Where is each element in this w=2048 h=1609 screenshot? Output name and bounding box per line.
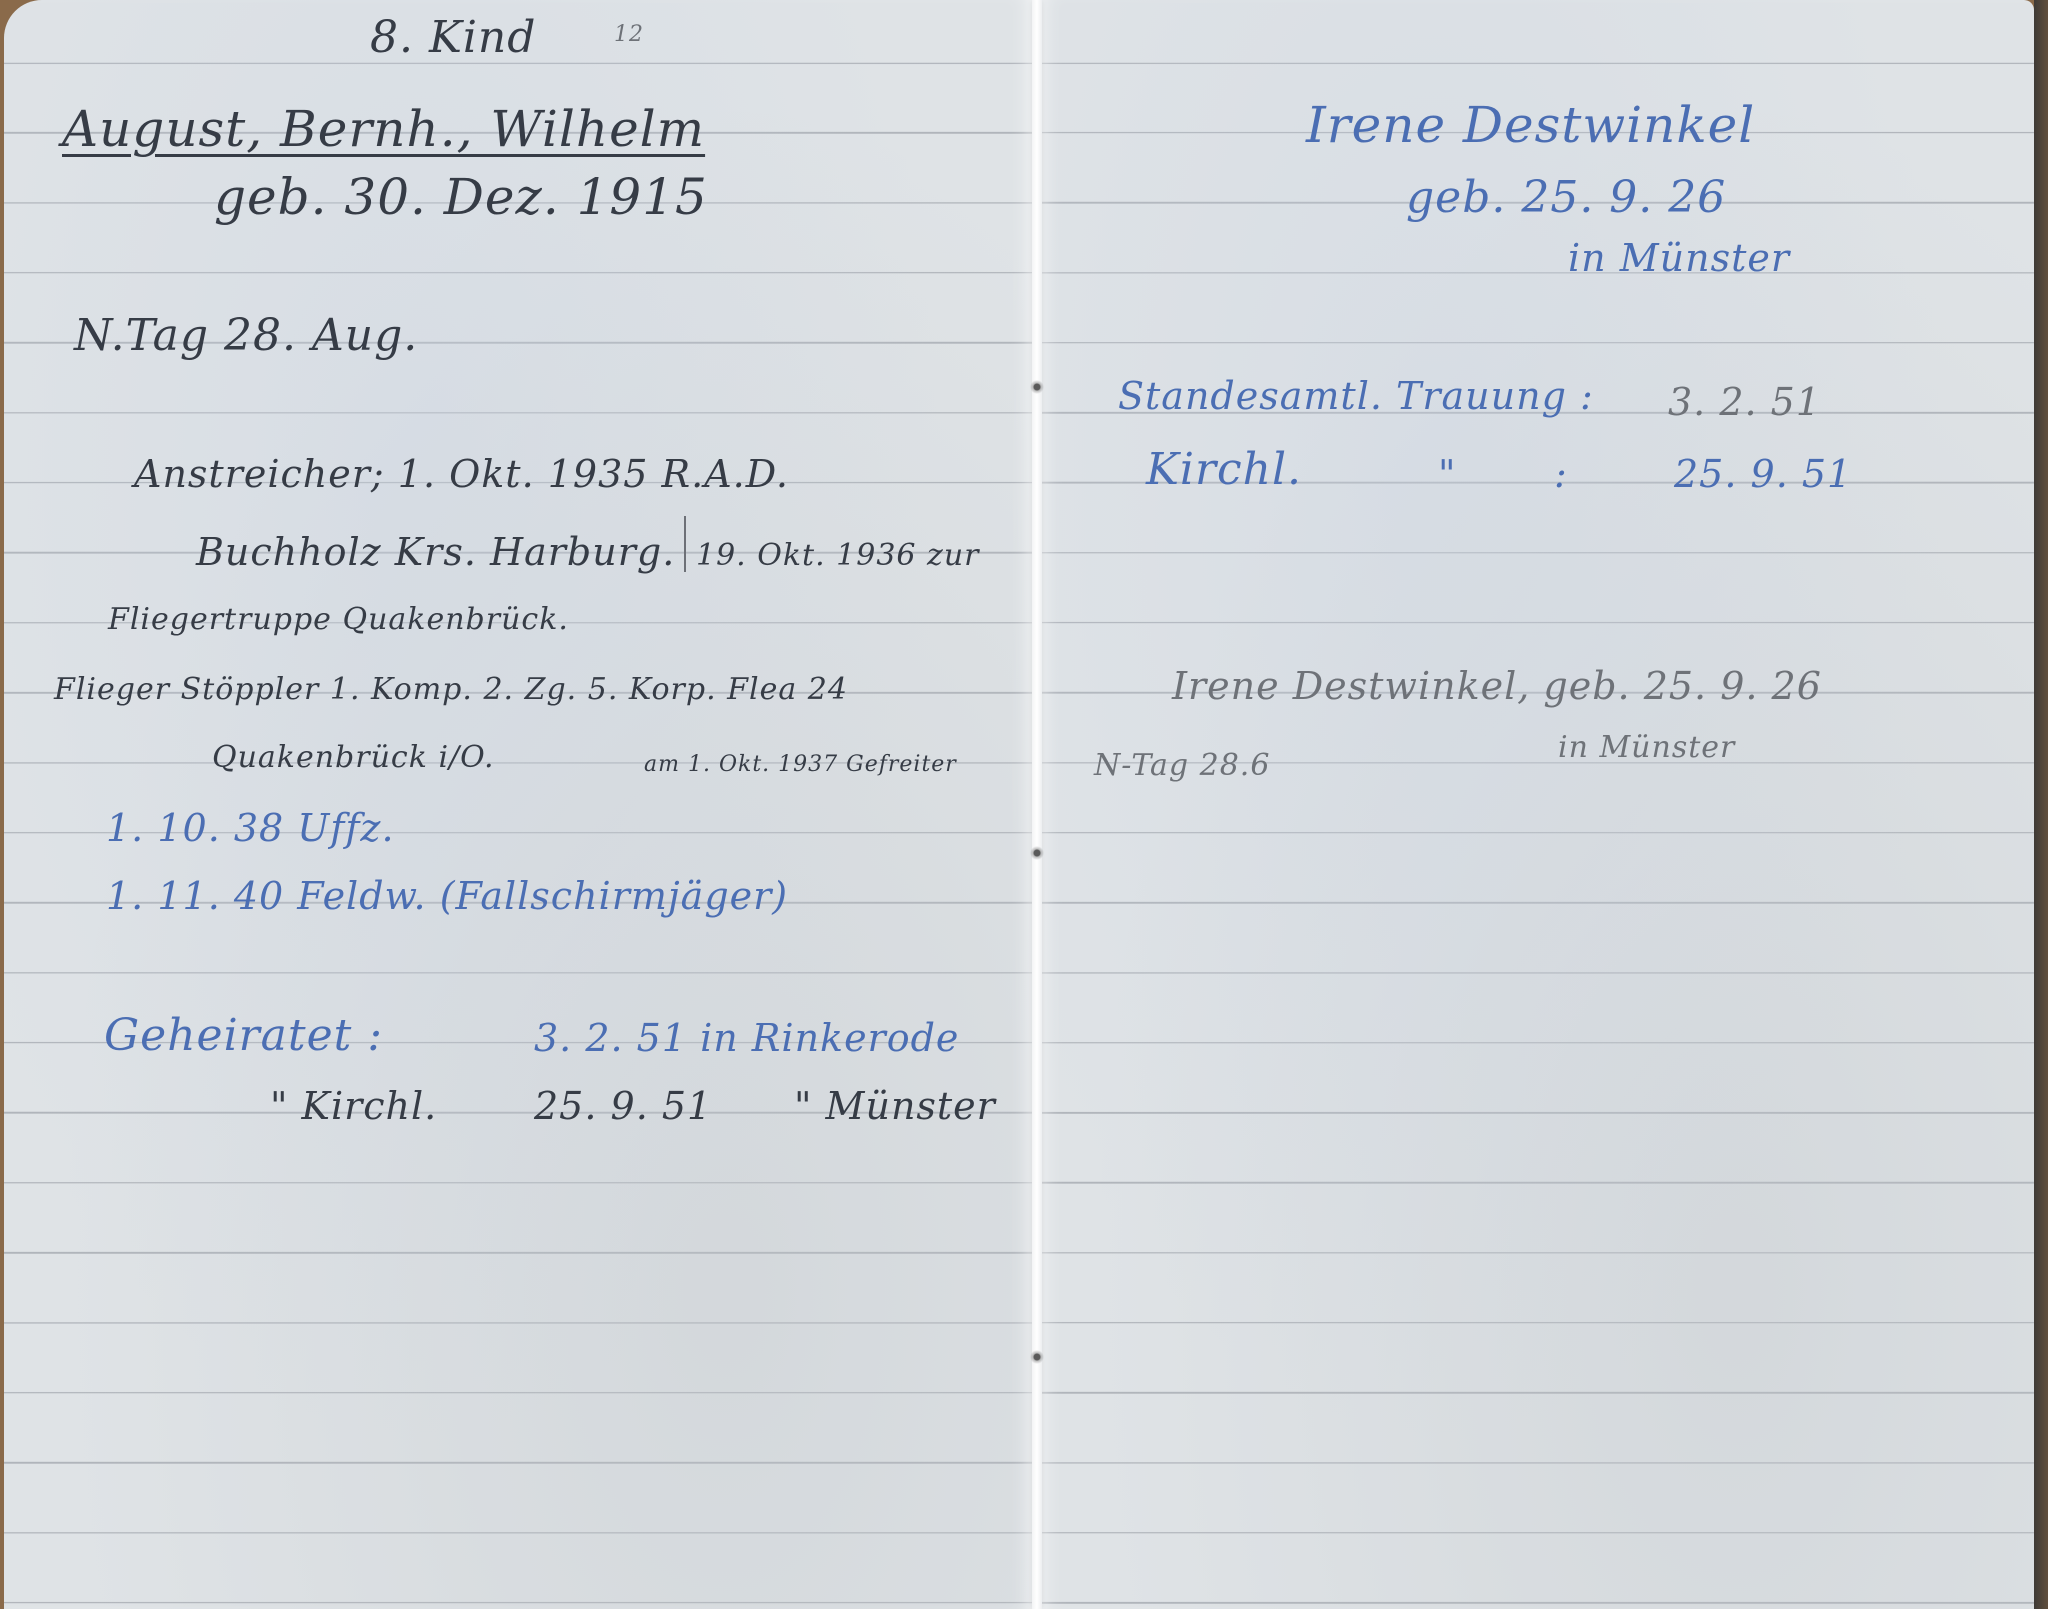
entry-gefreiter: am 1. Okt. 1937 Gefreiter bbox=[644, 752, 957, 777]
church-wedding-ditto: " bbox=[1438, 452, 1456, 496]
page-edge-right bbox=[2034, 0, 2048, 1609]
church-wedding-colon: : bbox=[1554, 452, 1568, 496]
marriage-church-prefix: " Kirchl. bbox=[270, 1084, 437, 1128]
staple-hole bbox=[1030, 846, 1044, 860]
name-day: N.Tag 28. Aug. bbox=[74, 310, 418, 361]
left-page: 8. Kind 12 August, Bernh., Wilhelm geb. … bbox=[4, 0, 1034, 1609]
open-notebook: 8. Kind 12 August, Bernh., Wilhelm geb. … bbox=[4, 0, 2038, 1609]
entry-unit: Flieger Stöppler 1. Komp. 2. Zg. 5. Korp… bbox=[54, 672, 848, 707]
pencil-birth-place: in Münster bbox=[1558, 730, 1735, 765]
civil-wedding-date: 3. 2. 51 bbox=[1668, 380, 1821, 424]
spouse-birth: geb. 25. 9. 26 bbox=[1406, 172, 1726, 223]
marriage-civil: 3. 2. 51 in Rinkerode bbox=[534, 1016, 959, 1060]
book-spine-fold bbox=[1032, 0, 1042, 1609]
entry-uffz: 1. 10. 38 Uffz. bbox=[106, 806, 395, 850]
church-wedding-label: Kirchl. bbox=[1146, 444, 1302, 495]
church-wedding-date: 25. 9. 51 bbox=[1674, 452, 1852, 496]
entry-occupation-rad: Anstreicher; 1. Okt. 1935 R.A.D. bbox=[134, 452, 789, 496]
entry-feldwebel: 1. 11. 40 Feldw. (Fallschirmjäger) bbox=[106, 874, 788, 918]
entry-fliegertruppe: Fliegertruppe Quakenbrück. bbox=[108, 602, 569, 637]
pencil-spouse-entry: Irene Destwinkel, geb. 25. 9. 26 bbox=[1172, 664, 1822, 708]
entry-quakenbrueck: Quakenbrück i/O. bbox=[212, 740, 495, 775]
spouse-birth-place: in Münster bbox=[1568, 236, 1790, 280]
entry-1936: 19. Okt. 1936 zur bbox=[696, 538, 980, 573]
staple-hole bbox=[1030, 1350, 1044, 1364]
civil-wedding-label: Standesamtl. Trauung : bbox=[1118, 374, 1594, 418]
staple-hole bbox=[1030, 380, 1044, 394]
child-number-heading: 8. Kind bbox=[370, 12, 536, 63]
person-name: August, Bernh., Wilhelm bbox=[62, 100, 705, 158]
marriage-church-date: 25. 9. 51 bbox=[534, 1084, 712, 1128]
marriage-label: Geheiratet : bbox=[104, 1010, 383, 1061]
spouse-name: Irene Destwinkel bbox=[1306, 96, 1755, 154]
heading-note: 12 bbox=[614, 22, 644, 47]
right-page: Irene Destwinkel geb. 25. 9. 26 in Münst… bbox=[1038, 0, 2034, 1609]
entry-divider bbox=[684, 516, 686, 572]
entry-location-buchholz: Buchholz Krs. Harburg. bbox=[196, 530, 675, 574]
marriage-church-place: " Münster bbox=[794, 1084, 996, 1128]
birth-date: geb. 30. Dez. 1915 bbox=[214, 168, 708, 226]
pencil-name-day: N-Tag 28.6 bbox=[1094, 748, 1270, 783]
